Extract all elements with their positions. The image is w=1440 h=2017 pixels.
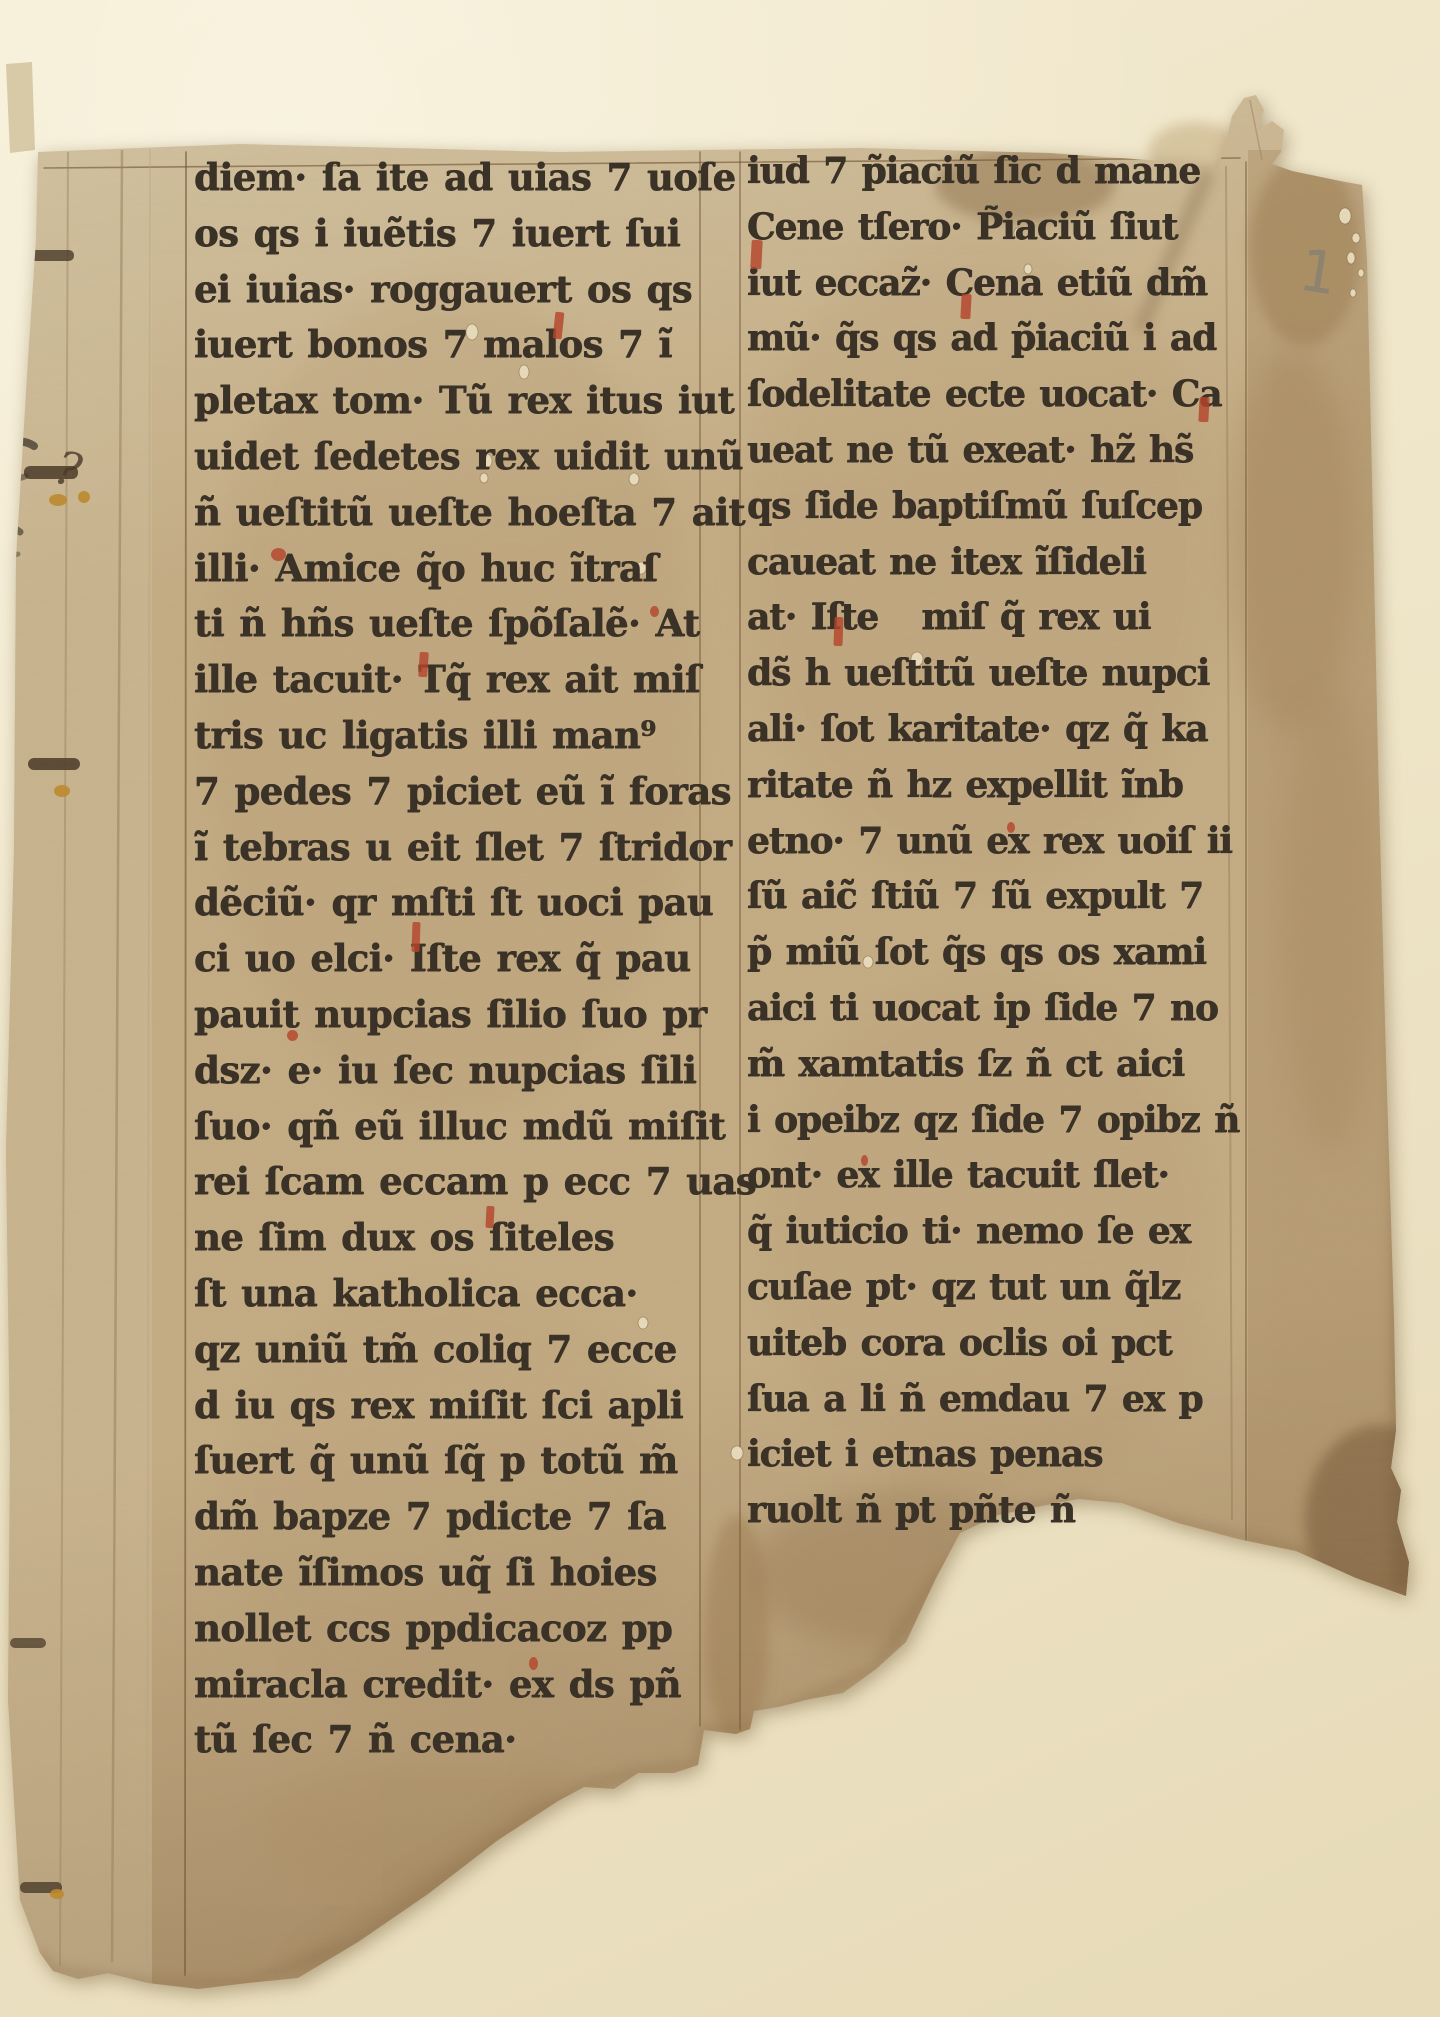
text-line: p̃ miũ ſot q̃s qs os xami xyxy=(747,925,1245,982)
text-line: iut eccaz̃· Cena etiũ dm̃ xyxy=(747,255,1245,312)
text-line: iciet i etnas penas xyxy=(747,1427,1245,1484)
text-line: ſuert q̃ unũ ſq̃ p totũ m̃ xyxy=(194,1433,702,1490)
text-line: d iu qs rex miſit ſci apli xyxy=(194,1377,702,1434)
text-line: uidet ſedetes rex uidit unũ xyxy=(194,428,702,485)
text-line: pletax tom· Tũ rex itus iut xyxy=(194,373,702,430)
text-line: iuert bonos 7 malos 7 ĩ xyxy=(194,317,702,374)
text-line: dsz· e· iu ſec nupcias ſili xyxy=(194,1042,702,1099)
text-line: etno· 7 unũ ex rex uoiſ ii xyxy=(747,813,1245,870)
rubric-mark xyxy=(287,1030,298,1041)
text-line: iud 7 p̃iaciũ ſic d mane xyxy=(747,143,1245,200)
text-line: i opeibz qz ſide 7 opibz ñ xyxy=(747,1092,1245,1149)
text-line: illi· Amice q̃o huc ĩtraſ xyxy=(194,540,702,597)
photo-mat: diem· ſa ite ad uias 7 uoſe os qs i iuẽt… xyxy=(0,0,1440,2017)
rubric-mark xyxy=(529,1657,538,1670)
text-line: ſua a li ñ emdau 7 ex p xyxy=(747,1371,1245,1428)
text-line: ne ſim dux os ſiteles xyxy=(194,1210,702,1267)
rubric-mark xyxy=(271,548,286,561)
rubric-mark xyxy=(960,294,971,319)
text-line: ruolt ñ pt pñte ñ xyxy=(747,1483,1245,1540)
rubric-mark xyxy=(418,652,429,678)
text-line: miracla credit· ex ds pñ xyxy=(194,1656,702,1713)
text-line: ſuo· qñ eũ illuc mdũ miſit xyxy=(194,1098,702,1155)
text-line: ali· ſot karitate· qz q̃ ka xyxy=(747,701,1245,758)
text-line: ille tacuit· Tq̃ rex ait miſ xyxy=(194,652,702,709)
text-line: tũ ſec 7 ñ cena· xyxy=(194,1712,702,1769)
text-line: ritate ñ hz expellit ĩnb xyxy=(747,757,1245,814)
text-line: ei iuias· roggauert os qs xyxy=(194,261,702,318)
text-line: ſodelitate ecte uocat· Ca xyxy=(747,367,1245,424)
rubric-mark xyxy=(411,922,420,952)
text-line: q̃ iuticio ti· nemo ſe ex xyxy=(747,1204,1245,1261)
text-line: ds̃ h ueſtitũ ueſte nupci xyxy=(747,646,1245,703)
text-line: ñ ueſtitũ ueſte hoeſta 7 ait xyxy=(194,484,702,541)
text-line: at· Iſte miſ q̃ rex ui xyxy=(747,590,1245,647)
text-line: qz uniũ tm̃ coliq 7 ecce xyxy=(194,1321,702,1378)
rubric-mark xyxy=(750,240,763,270)
text-line: ſt una katholica ecca· xyxy=(194,1265,702,1322)
text-line: qs ſide baptiſmũ ſuſcep xyxy=(747,478,1245,535)
text-line: mũ· q̃s qs ad p̃iaciũ i ad xyxy=(747,311,1245,368)
text-line: ſũ aic̃ ſtiũ 7 ſũ expult 7 xyxy=(747,869,1245,926)
text-line: nate ĩſimos uq̃ ſi hoies xyxy=(194,1544,702,1601)
text-line: ĩ tebras u eit ſlet 7 ſtridor xyxy=(194,819,702,876)
text-line: caueat ne itex ĩſideli xyxy=(747,534,1245,591)
text-line: m̃ xamtatis ſz ñ ct aici xyxy=(747,1036,1245,1093)
text-line: ueat ne tũ exeat· hz̃ hs̃ xyxy=(747,422,1245,479)
text-line: uiteb cora oclis oi pct xyxy=(747,1315,1245,1372)
rubric-mark xyxy=(1007,822,1015,833)
text-line: rei ſcam eccam p ecc 7 uas xyxy=(194,1154,702,1211)
rubric-mark xyxy=(485,1206,494,1228)
text-line: os qs i iuẽtis 7 iuert ſui xyxy=(194,205,702,262)
text-line: dẽciũ· qr mſti ſt uoci pau xyxy=(194,875,702,932)
rubric-mark xyxy=(861,1155,868,1166)
rubric-mark xyxy=(1198,397,1209,422)
text-line: ont· ex ille tacuit ſlet· xyxy=(747,1148,1245,1205)
text-line: Cene tſero· P̃iaciũ ſiut xyxy=(747,199,1245,256)
rubric-mark xyxy=(833,617,843,646)
text-line: aici ti uocat ip ſide 7 no xyxy=(747,980,1245,1037)
text-line: pauit nupcias ſilio ſuo pr xyxy=(194,986,702,1043)
text-line: tris uc ligatis illi man⁹ xyxy=(194,707,702,764)
text-line: nollet ccs ppdicacoz pp xyxy=(194,1600,702,1657)
text-column-left: diem· ſa ite ad uias 7 uoſe os qs i iuẽt… xyxy=(194,150,702,1768)
text-line: dm̃ bapze 7 pdicte 7 ſa xyxy=(194,1489,702,1546)
text-line: diem· ſa ite ad uias 7 uoſe xyxy=(194,149,702,206)
text-line: ti ñ hñs ueſte ſpõſalẽ· At xyxy=(194,596,702,653)
text-column-right: iud 7 p̃iaciũ ſic d mane Cene tſero· P̃i… xyxy=(747,144,1245,1539)
rubric-mark xyxy=(650,606,659,617)
binding-guard-tab xyxy=(6,62,35,153)
text-line: 7 pedes 7 piciet eũ ĩ foras xyxy=(194,763,702,820)
text-line: cuſae pt· qz tut un q̃lz xyxy=(747,1259,1245,1316)
text-line: ci uo elci· Iſte rex q̃ pau xyxy=(194,931,702,988)
